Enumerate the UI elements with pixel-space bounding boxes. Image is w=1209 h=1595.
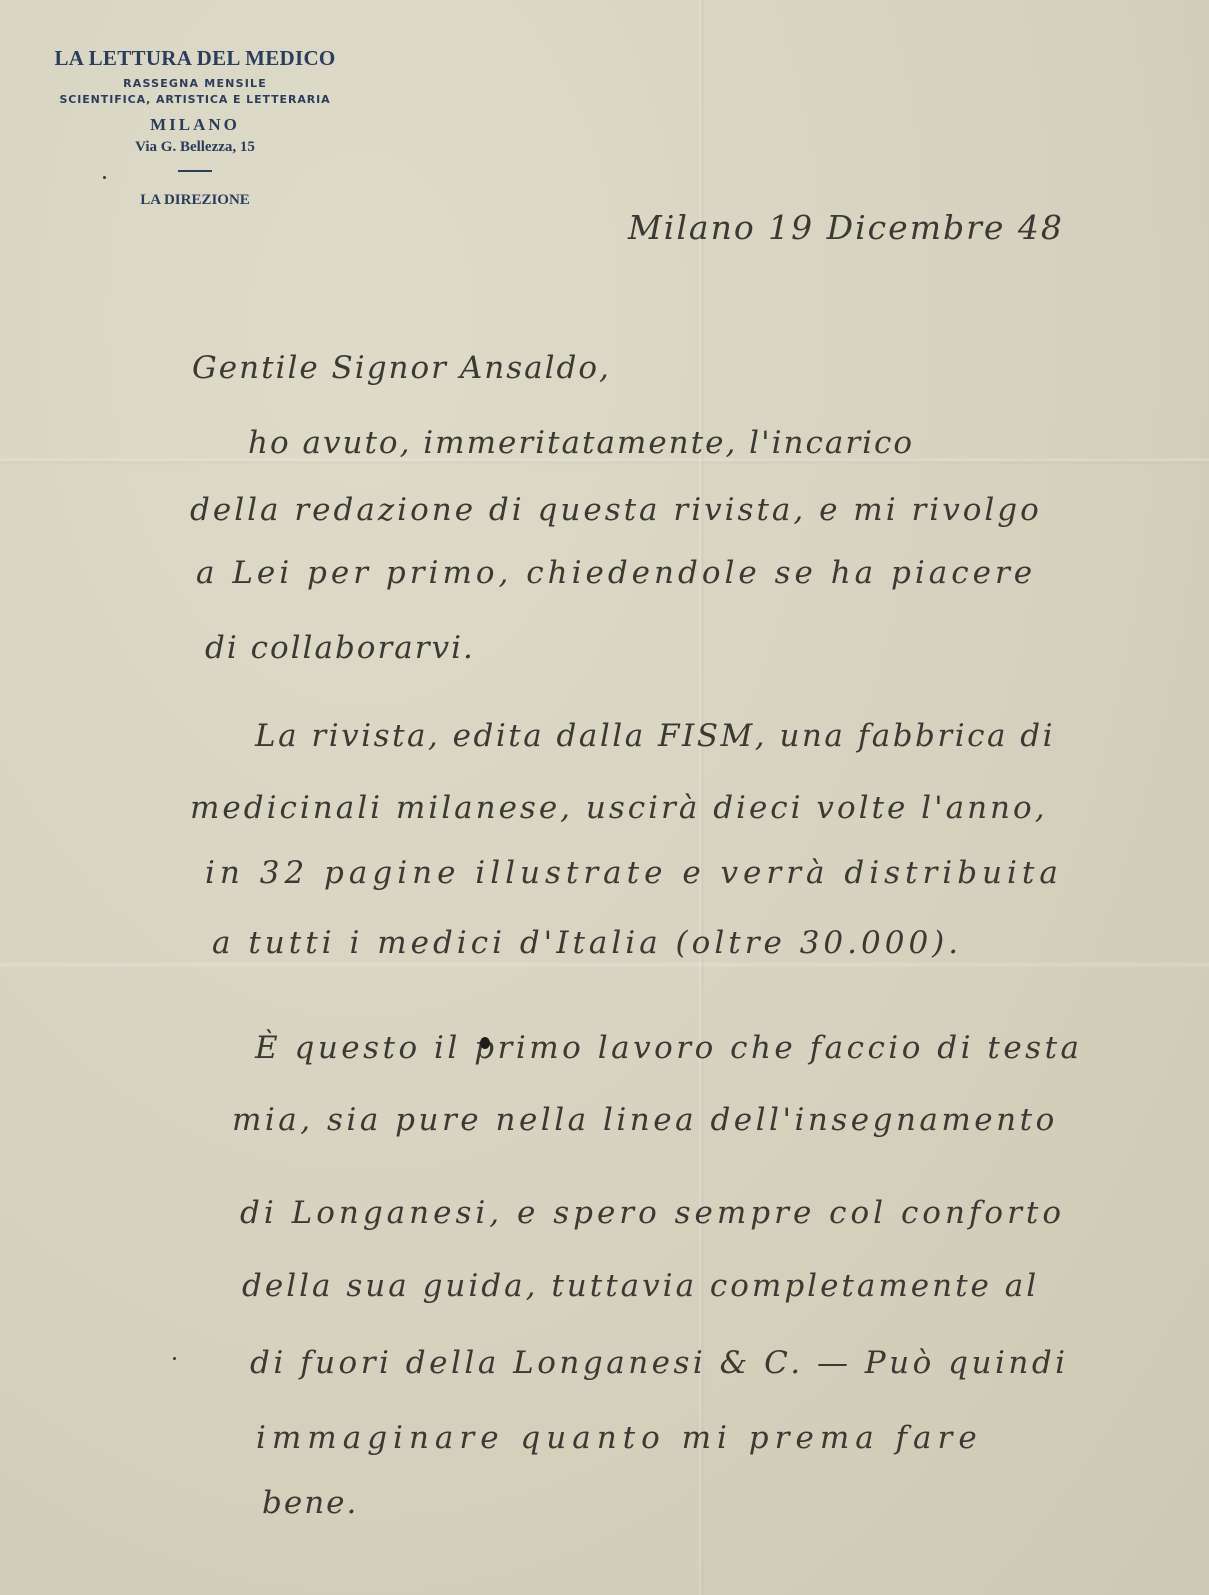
letterhead-subtitle-2: SCIENTIFICA, ARTISTICA E LETTERARIA bbox=[30, 93, 360, 106]
letter-line: La rivista, edita dalla FISM, una fabbri… bbox=[255, 718, 1055, 754]
letter-line: della redazione di questa rivista, e mi … bbox=[190, 492, 1042, 528]
letter-line: È questo il primo lavoro che faccio di t… bbox=[255, 1030, 1083, 1066]
ink-blot bbox=[480, 1037, 490, 1049]
letter-line: medicinali milanese, uscirà dieci volte … bbox=[190, 790, 1048, 826]
letterhead-department: LA DIREZIONE bbox=[30, 192, 360, 209]
letterhead-city: MILANO bbox=[30, 115, 360, 135]
letter-line: di fuori della Longanesi & C. — Può quin… bbox=[250, 1345, 1069, 1381]
letter-line: bene. bbox=[262, 1485, 358, 1521]
paper-speck bbox=[103, 176, 106, 179]
letterhead: LA LETTURA DEL MEDICO RASSEGNA MENSILE S… bbox=[30, 46, 360, 209]
letter-line: di Longanesi, e spero sempre col confort… bbox=[240, 1195, 1065, 1231]
letter-line: immaginare quanto mi prema fare bbox=[256, 1420, 983, 1456]
letter-date: Milano 19 Dicembre 48 bbox=[628, 208, 1064, 247]
letter-line: a Lei per primo, chiedendole se ha piace… bbox=[196, 555, 1036, 591]
letter-greeting: Gentile Signor Ansaldo, bbox=[192, 350, 611, 386]
letterhead-divider bbox=[178, 170, 212, 172]
letter-line: della sua guida, tuttavia completamente … bbox=[242, 1268, 1039, 1304]
paper-speck bbox=[173, 1357, 176, 1360]
letter-line: a tutti i medici d'Italia (oltre 30.000)… bbox=[212, 925, 962, 961]
letter-line: in 32 pagine illustrate e verrà distribu… bbox=[205, 855, 1063, 891]
letter-line: ho avuto, immeritatamente, l'incarico bbox=[248, 425, 914, 461]
letterhead-subtitle-1: RASSEGNA MENSILE bbox=[30, 77, 360, 90]
letterhead-address: Via G. Bellezza, 15 bbox=[30, 139, 360, 156]
letter-line: di collaborarvi. bbox=[205, 630, 475, 666]
letterhead-title: LA LETTURA DEL MEDICO bbox=[30, 46, 360, 71]
letter-line: mia, sia pure nella linea dell'insegname… bbox=[232, 1102, 1058, 1138]
